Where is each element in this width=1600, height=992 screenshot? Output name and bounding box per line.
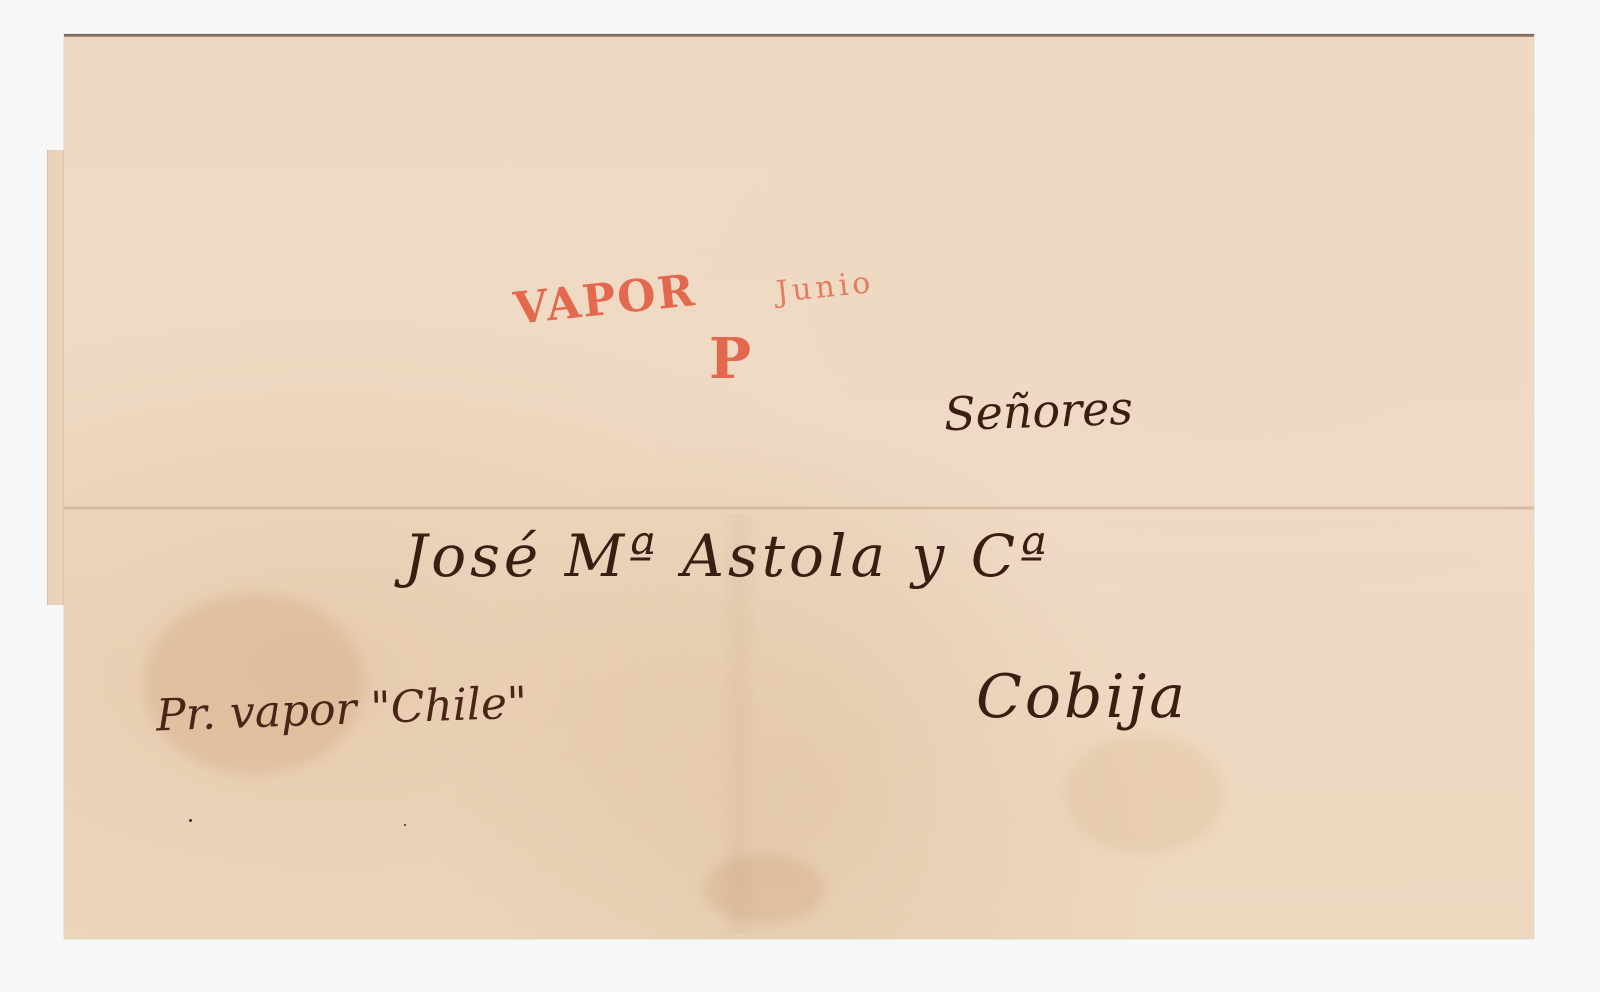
letter-cover: VAPOR Junio P Señores José Mª Astola y C…	[64, 34, 1534, 939]
address-city: Cobija	[976, 662, 1188, 732]
foxing-stain	[1064, 734, 1224, 854]
address-salutation: Señores	[943, 381, 1134, 442]
vapor-handstamp: VAPOR	[511, 265, 698, 335]
ink-fleck	[189, 819, 192, 822]
top-edge	[64, 34, 1534, 37]
date-handstamp: Junio	[774, 265, 875, 310]
address-addressee: José Mª Astola y Cª	[404, 522, 1051, 590]
horizontal-fold-line	[64, 506, 1534, 510]
ink-fleck	[404, 824, 406, 826]
foxing-stain	[704, 854, 824, 924]
paid-handstamp: P	[709, 326, 754, 392]
